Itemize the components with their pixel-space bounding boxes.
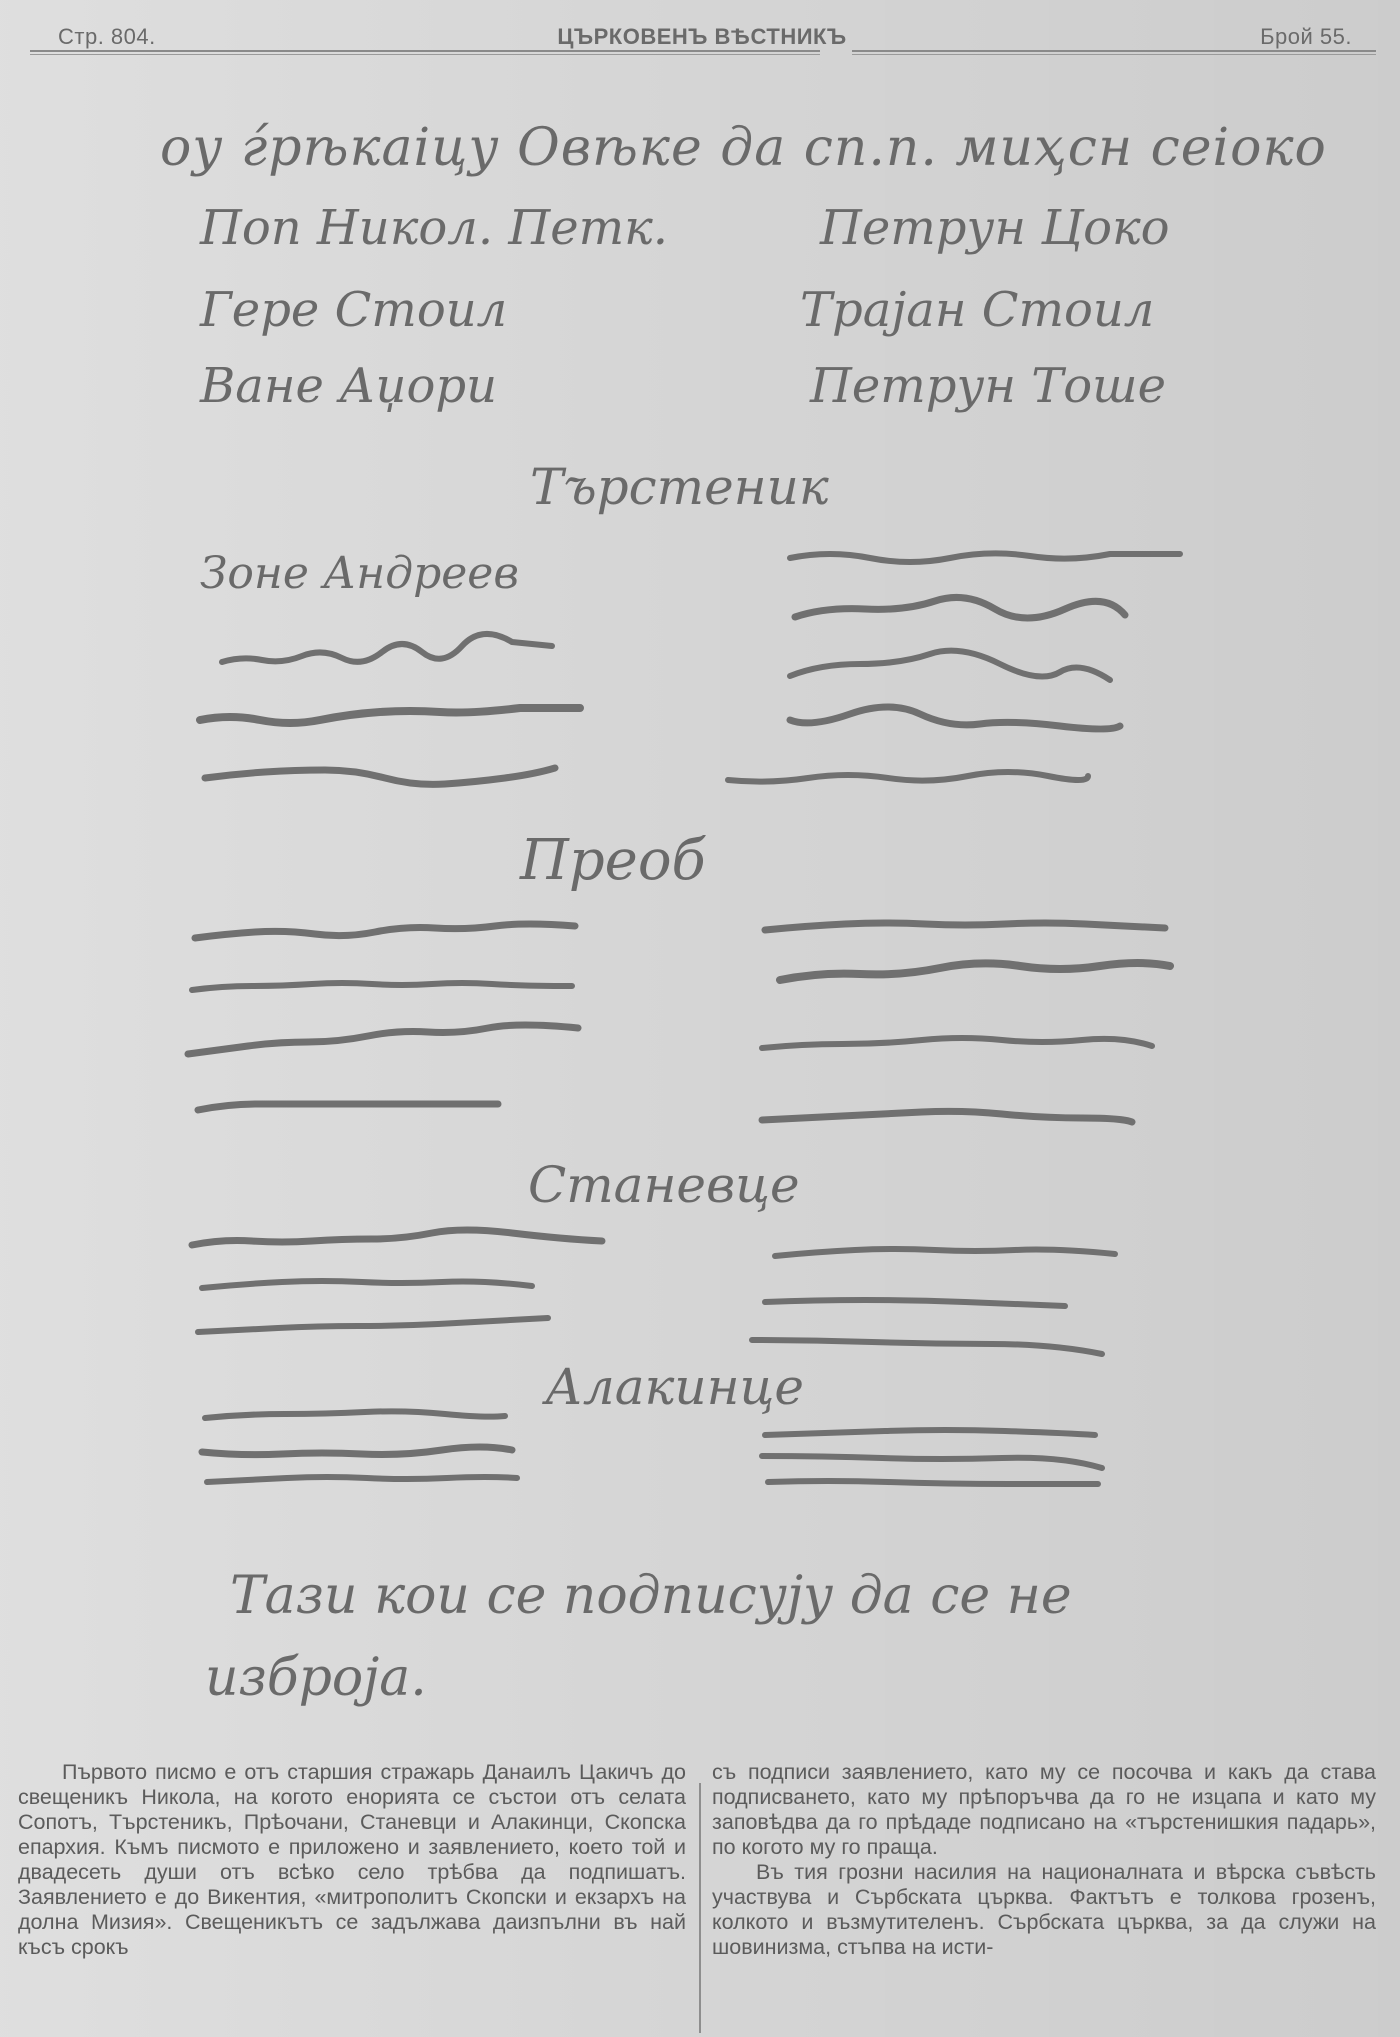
redaction-stroke — [728, 772, 1088, 782]
redaction-stroke — [752, 1340, 1102, 1354]
redaction-stroke — [207, 1477, 517, 1482]
redaction-stroke — [775, 1249, 1115, 1256]
redaction-stroke — [198, 1318, 548, 1332]
signature: Гере Стоил — [200, 282, 507, 338]
redaction-stroke — [795, 597, 1125, 618]
article-paragraph: съ подписи заявлението, като му се посоч… — [712, 1760, 1376, 1860]
redaction-stroke — [202, 1447, 512, 1455]
section-title-trasteniк: Търстеник — [530, 458, 829, 516]
redaction-stroke — [205, 768, 555, 784]
section-title-stanevce: Станевце — [528, 1156, 800, 1214]
header-rule-right — [852, 50, 1376, 55]
redaction-stroke — [192, 983, 572, 990]
redaction-stroke — [192, 1230, 602, 1245]
signature: Поп Никол. Петк. — [200, 200, 668, 256]
publication-title: ЦЪРКОВЕНЪ ВѢСТНИКЪ — [52, 24, 1352, 50]
redaction-stroke — [200, 708, 580, 723]
section-title-alakince: Алакинце — [545, 1358, 804, 1416]
signature: Петрун Цоко — [820, 200, 1170, 256]
redaction-stroke — [790, 553, 1180, 562]
redaction-stroke — [195, 924, 575, 938]
header-rule-left — [30, 50, 820, 55]
redaction-stroke — [762, 1456, 1102, 1468]
redaction-stroke — [790, 707, 1120, 729]
article-paragraph: Първото писмо е отъ старшия стражарь Дан… — [18, 1760, 686, 1960]
redaction-stroke — [205, 1411, 505, 1418]
signature: Ване Аџори — [200, 358, 497, 414]
visible-signature: Зоне Андреев — [200, 548, 519, 599]
issue-number: Брой 55. — [1260, 24, 1352, 50]
closing-note-line2: изброја. — [205, 1648, 427, 1708]
signature: Петрун Тоше — [810, 358, 1166, 414]
closing-note-line1: Тази кои се подписују да се не — [230, 1566, 1072, 1626]
redaction-stroke — [222, 634, 552, 662]
redaction-stroke — [762, 1038, 1152, 1048]
redaction-stroke — [765, 1300, 1065, 1306]
signature: Трајан Стоил — [800, 282, 1154, 338]
redaction-stroke — [765, 923, 1165, 930]
manuscript-opening-line: оу ѓрѣкаіцу Овѣке да сп.п. миҳсн сеіоко — [160, 118, 1327, 178]
article-column-left: Първото писмо е отъ старшия стражарь Дан… — [18, 1760, 686, 1960]
redaction-stroke — [765, 1430, 1095, 1435]
redaction-stroke — [790, 651, 1110, 680]
redaction-stroke — [768, 1481, 1098, 1484]
redaction-stroke — [202, 1281, 532, 1288]
section-title-preob: Преоб — [520, 828, 706, 893]
redaction-stroke — [780, 963, 1170, 980]
newspaper-page: Стр. 804. ЦЪРКОВЕНЪ ВѢСТНИКЪ Брой 55. оу… — [0, 0, 1400, 2037]
article-column-right: съ подписи заявлението, като му се посоч… — [712, 1760, 1376, 1960]
article-paragraph: Въ тия грозни насилия на националната и … — [712, 1860, 1376, 1960]
column-divider — [699, 1783, 701, 2033]
redaction-stroke — [188, 1025, 578, 1054]
redaction-stroke — [198, 1104, 498, 1110]
redaction-stroke — [762, 1111, 1132, 1122]
